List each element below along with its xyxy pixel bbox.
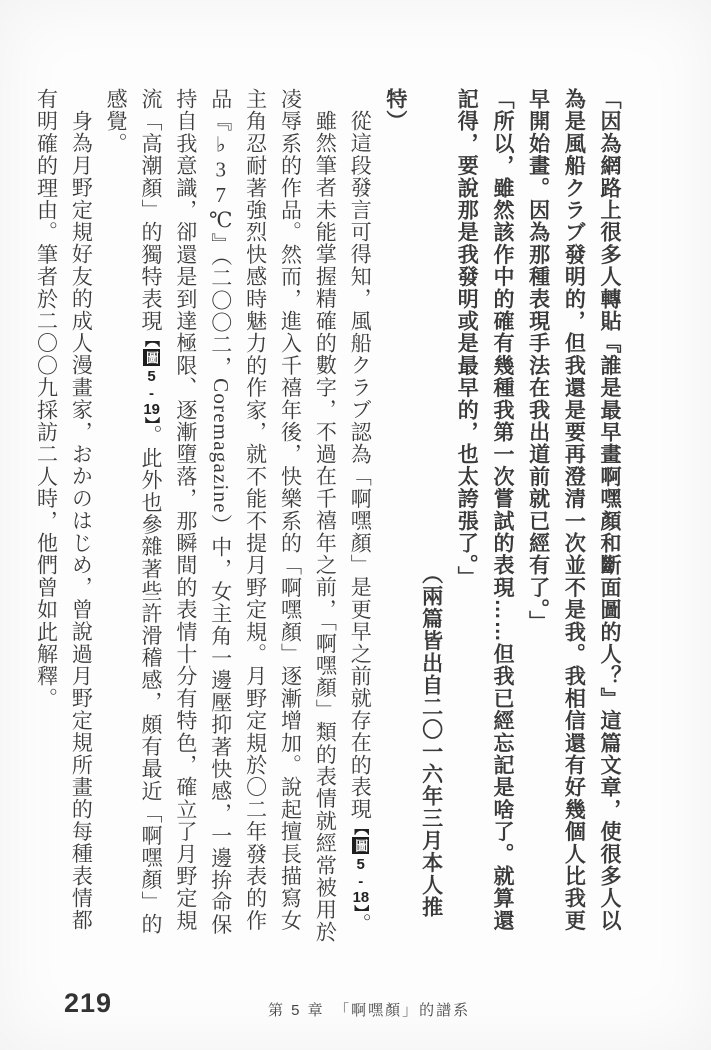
body-paragraph-2: 雖然筆者未能掌握精確的數字，不過在千禧年之前，「啊嘿顏」類的表情就經常被用於凌辱… (98, 88, 342, 952)
para1-text: 從這段發言可得知，風船クラブ認為「啊嘿顏」是更早之前就存在的表現 (348, 110, 372, 820)
vertical-text-block: 「因為網路上很多人轉貼『誰是最早畫啊嘿顏和斷面圖的人？』這篇文章，使很多人以為是… (29, 88, 627, 952)
fig-open-bracket: 【 (352, 820, 369, 835)
quote-attribution: （兩篇皆出自二〇一六年三月本人推特） (377, 88, 448, 952)
fig-number-dash: - (352, 873, 369, 890)
quote-paragraph-2: 「所以，雖然該作中的確有幾種我第一次嘗試的表現……但我已經忘記是啥了。就算還記得… (449, 88, 520, 952)
fig-close-bracket: 】 (352, 905, 369, 913)
figure-marker-icon: 圖 (143, 349, 160, 366)
fig-number-head: 5 (143, 368, 160, 385)
book-page: 「因為網路上很多人轉貼『誰是最早畫啊嘿顏和斷面圖的人？』這篇文章，使很多人以為是… (0, 0, 711, 1050)
fig-number-head: 5 (352, 856, 369, 873)
fig-number-tail: 19 (143, 402, 160, 417)
work-title-b37c: ♭37℃ (209, 132, 233, 233)
fig-open-bracket: 【 (143, 332, 160, 347)
para1-period: 。 (348, 913, 372, 935)
quote-paragraph-1: 「因為網路上很多人轉貼『誰是最早畫啊嘿顏和斷面圖的人？』這篇文章，使很多人以為是… (520, 88, 627, 952)
page-number: 219 (64, 988, 112, 1019)
figure-ref-5-19: 【圖5-19】 (143, 332, 160, 425)
fig-number-dash: - (143, 385, 160, 402)
fig-number-tail: 18 (352, 890, 369, 905)
figure-ref-5-18: 【圖5-18】 (352, 820, 369, 913)
body-paragraph-1: 從這段發言可得知，風船クラブ認為「啊嘿顏」是更早之前就存在的表現【圖5-18】。 (342, 88, 377, 952)
chapter-footer: 第 5 章 「啊嘿顏」的譜系 (268, 999, 470, 1020)
body-paragraph-3: 身為月野定規好友的成人漫畫家，おかのはじめ，曾說過月野定規所畫的每種表情都有明確… (29, 88, 99, 952)
figure-marker-icon: 圖 (352, 837, 369, 854)
fig-close-bracket: 】 (143, 417, 160, 425)
